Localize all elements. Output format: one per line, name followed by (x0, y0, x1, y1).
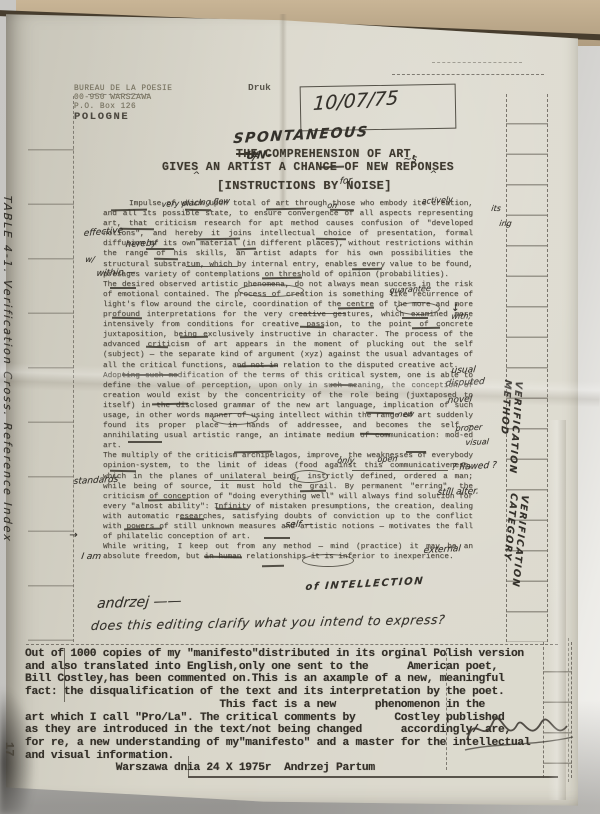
squiggle-note: ~s (402, 154, 417, 165)
caret-1: ^ (192, 171, 201, 181)
body-paragraph: Impulse of which upon total of art throu… (103, 199, 473, 280)
bottom-line: art which I call "Pro/La". The critical … (25, 712, 530, 725)
w-note: w/ (85, 255, 96, 264)
bottom-line: for re, a new understanding of my"manife… (25, 737, 530, 750)
i-am-note: I am (81, 552, 102, 562)
photographed-document: BUREAU DE LA POESIE00-950 WARSZAWAP.O. B… (0, 0, 600, 814)
bottom-line: Out of 1000 copies of my "manifesto"dist… (25, 648, 530, 661)
stamp-line: BUREAU DE LA POESIE (74, 85, 172, 94)
usual-note: usual (451, 365, 476, 376)
page-number: 17 (2, 742, 16, 756)
hereby-note: hereby (125, 238, 157, 250)
for-note: for (339, 176, 352, 187)
bottom-line: and visual information. (25, 750, 530, 763)
caret-2: ^ (429, 170, 438, 180)
un-note: UN- (246, 148, 275, 162)
ing-note: ing (499, 219, 513, 228)
proper-note: proper (455, 423, 482, 433)
body-paragraph: Adopting such modification of the terms … (103, 371, 473, 452)
external-note: external (423, 544, 461, 556)
within-note: within — (96, 268, 136, 279)
bottom-line: fact: the disqualification of the text a… (25, 686, 530, 699)
on-note: on (327, 201, 338, 210)
body-paragraph: While writing, I keep out from any metho… (103, 542, 473, 562)
bottom-line: as they are introduced in the text/not b… (25, 724, 530, 737)
bottom-line: Bill Costley,has been commented on.This … (25, 673, 530, 686)
title-line-3: [INSTRUCTIONS BY NOISE] (217, 179, 392, 193)
disputed-note: disputed (445, 377, 485, 389)
bottom-line: This fact is a new phenomenon in the (25, 699, 530, 712)
with-note: with, (451, 311, 471, 321)
table-index-note: TABLE 4-1. Verification Cross. Reference… (1, 195, 14, 543)
still-alter-note: still alter. (437, 487, 479, 498)
bottom-typed-note: Out of 1000 copies of my "manifesto"dist… (25, 648, 530, 775)
novel-note: novel (447, 394, 472, 406)
stamp-line: 00-950 WARSZAWA (74, 94, 172, 103)
new-note: new (397, 409, 414, 419)
its-note: its (491, 204, 502, 213)
andrzej-note: andrzej —— (96, 593, 182, 612)
visual-note: visual (465, 437, 489, 447)
bottom-line: and also translated into English,only on… (25, 661, 530, 674)
title-line-1-text: COMPREHENSION OF ART, (265, 148, 418, 161)
open-note: open (377, 454, 398, 464)
manifesto-body-text: Impulse of which upon total of art throu… (103, 199, 473, 562)
only-note: only (337, 456, 355, 465)
druk-label: Druk (248, 82, 271, 93)
bottom-line: Warszawa dnia 24 X 1975r Andrzej Partum (25, 762, 530, 775)
handwritten-signature (463, 700, 578, 758)
self-note: self — (285, 520, 314, 530)
measures-arrow: → (68, 530, 78, 541)
stamp-line: POLOGNE (74, 113, 172, 122)
poetry-bureau-stamp: BUREAU DE LA POESIE00-950 WARSZAWAP.O. B… (74, 85, 172, 122)
